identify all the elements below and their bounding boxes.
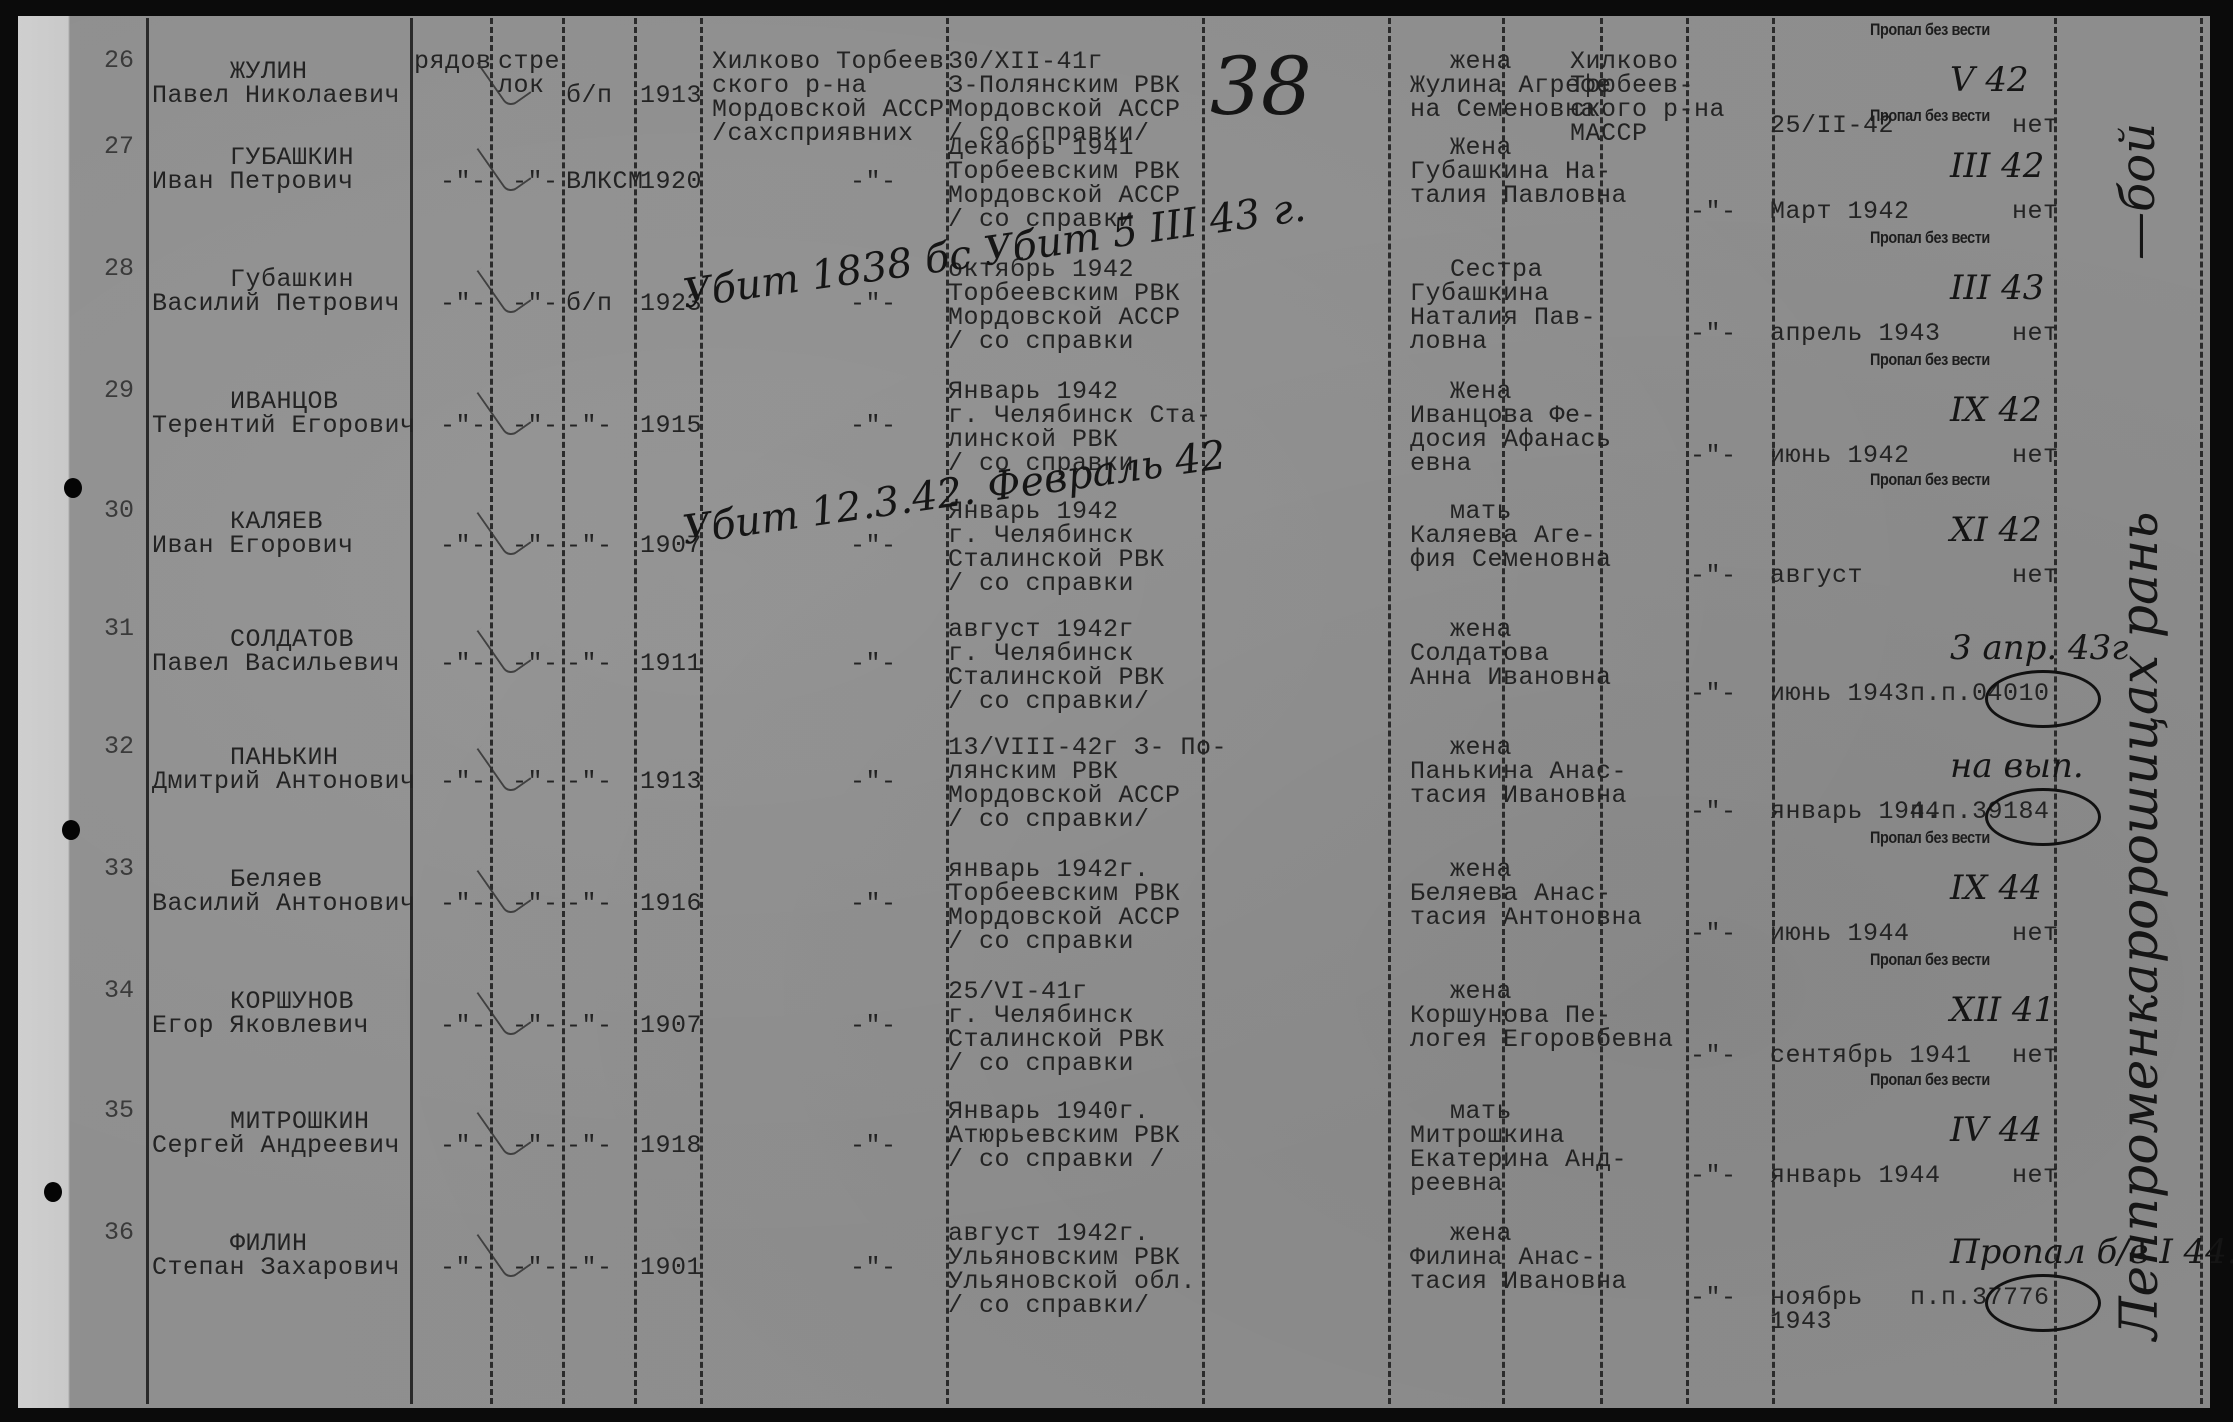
given-name: Василий Антонович: [152, 892, 416, 916]
relative-name: Филина Анас- тасия Ивановна: [1410, 1246, 1627, 1294]
conscription-info: 13/VIII-42г З- По- лянским РВК Мордовско…: [948, 736, 1227, 832]
status-stamp: Пропал без вести: [1870, 106, 1990, 126]
given-name: Сергей Андреевич: [152, 1134, 400, 1158]
birth-year: 1907: [640, 1014, 702, 1038]
punch-hole: [64, 478, 82, 498]
given-name: Степан Захарович: [152, 1256, 400, 1280]
status-handwritten: IX 42: [1950, 390, 2042, 430]
rank: -"-: [440, 652, 487, 676]
given-name: Терентий Егорович: [152, 414, 416, 438]
status-handwritten: на вып.: [1950, 746, 2084, 786]
rank: -"-: [440, 770, 487, 794]
rank: -"-: [440, 1014, 487, 1038]
row-number: 34: [104, 976, 134, 1005]
column-rule: [490, 18, 493, 1404]
relative-name: Губашкина На- талия Павловна: [1410, 160, 1627, 208]
birthplace: -"-: [850, 770, 897, 794]
birthplace: Хилково Торбеев ского р-на Мордовской АС…: [712, 50, 945, 146]
row-number: 35: [104, 1096, 134, 1125]
relative-address: -"-: [1690, 444, 1737, 468]
birth-year: 1915: [640, 414, 702, 438]
party: -"-: [566, 414, 613, 438]
punch-hole: [44, 1182, 62, 1202]
relative-address: -"-: [1690, 922, 1737, 946]
loss-date: январь 1944: [1770, 1164, 1941, 1188]
party: -"-: [566, 1014, 613, 1038]
relative-name: Губашкина Наталия Пав- ловна: [1410, 282, 1596, 354]
relative-address: -"-: [1690, 800, 1737, 824]
party: -"-: [566, 770, 613, 794]
birthplace: -"-: [850, 534, 897, 558]
given-name: Василий Петрович: [152, 292, 400, 316]
info-status: нет: [2012, 1164, 2059, 1188]
birth-year: 1918: [640, 1134, 702, 1158]
column-rule: [146, 18, 149, 1404]
birthplace: -"-: [850, 1014, 897, 1038]
rank: -"-: [440, 534, 487, 558]
relative-name: Митрошкина Екатерина Анд- реевна: [1410, 1124, 1627, 1196]
row-number: 28: [104, 254, 134, 283]
party: ВЛКСМ: [566, 170, 644, 194]
loss-date: июнь 1944: [1770, 922, 1910, 946]
relative-address: -"-: [1690, 1286, 1737, 1310]
status-stamp: Пропал без вести: [1870, 950, 1990, 970]
loss-date: август: [1770, 564, 1863, 588]
party: -"-: [566, 1256, 613, 1280]
info-status: нет: [2012, 922, 2059, 946]
field-post-circle: [1985, 788, 2101, 846]
column-rule: [1686, 18, 1689, 1404]
party: -"-: [566, 652, 613, 676]
field-post-circle: [1985, 1274, 2101, 1332]
party: -"-: [566, 892, 613, 916]
status-handwritten: III 43: [1950, 268, 2044, 308]
conscription-info: Январь 1942 г. Челябинск Сталинской РВК …: [948, 500, 1165, 596]
relative-name: Коршунова Пе- логея Егоровбевна: [1410, 1004, 1674, 1052]
loss-date: Март 1942: [1770, 200, 1910, 224]
row-number: 32: [104, 732, 134, 761]
birthplace: -"-: [850, 414, 897, 438]
row-number: 33: [104, 854, 134, 883]
info-status: нет: [2012, 564, 2059, 588]
status-handwritten: XI 42: [1950, 510, 2042, 550]
birthplace: -"-: [850, 652, 897, 676]
field-post-circle: [1985, 670, 2101, 728]
birthplace: -"-: [850, 892, 897, 916]
status-stamp: Пропал без вести: [1870, 350, 1990, 370]
scanned-document: 38 Ленпроменкаророшицах рань —бой 26ЖУЛИ…: [0, 0, 2233, 1422]
conscription-info: январь 1942г. Торбеевским РВК Мордовской…: [948, 858, 1181, 954]
given-name: Иван Петрович: [152, 170, 354, 194]
loss-date: июнь 1943: [1770, 682, 1910, 706]
birthplace: -"-: [850, 1134, 897, 1158]
relative-address: -"-: [1690, 200, 1737, 224]
status-stamp: Пропал без вести: [1870, 228, 1990, 248]
info-status: нет: [2012, 322, 2059, 346]
conscription-info: 25/VI-41г г. Челябинск Сталинской РВК / …: [948, 980, 1165, 1076]
column-rule: [2200, 18, 2203, 1404]
column-rule: [634, 18, 637, 1404]
relative-address: -"-: [1690, 1164, 1737, 1188]
given-name: Павел Николаевич: [152, 84, 400, 108]
party: -"-: [566, 534, 613, 558]
party: б/п: [566, 292, 613, 316]
status-stamp: Пропал без вести: [1870, 1070, 1990, 1090]
loss-date: апрель 1943: [1770, 322, 1941, 346]
birth-year: 1911: [640, 652, 702, 676]
status-handwritten: IV 44: [1950, 1110, 2042, 1150]
relative-address: -"-: [1690, 564, 1737, 588]
loss-date: июнь 1942: [1770, 444, 1910, 468]
birthplace: -"-: [850, 170, 897, 194]
given-name: Павел Васильевич: [152, 652, 400, 676]
margin-note-bracket: —бой: [2110, 123, 2166, 260]
relative-address: -"-: [1690, 322, 1737, 346]
birth-year: 1913: [640, 84, 702, 108]
rank: -"-: [440, 1134, 487, 1158]
conscription-info: август 1942г. Ульяновским РВК Ульяновско…: [948, 1222, 1196, 1318]
birth-year: 1916: [640, 892, 702, 916]
column-rule: [1388, 18, 1391, 1404]
conscription-info: август 1942г г. Челябинск Сталинской РВК…: [948, 618, 1165, 714]
relative-address: -"-: [1690, 1044, 1737, 1068]
column-rule: [562, 18, 565, 1404]
status-stamp: Пропал без вести: [1870, 828, 1990, 848]
row-number: 27: [104, 132, 134, 161]
relative-name: Панькина Анас- тасия Ивановна: [1410, 760, 1627, 808]
info-status: нет: [2012, 1044, 2059, 1068]
column-rule: [410, 18, 413, 1404]
rank: -"-: [440, 892, 487, 916]
relative-name: Каляева Аге- фия Семеновна: [1410, 524, 1612, 572]
row-number: 26: [104, 46, 134, 75]
status-stamp: Пропал без вести: [1870, 470, 1990, 490]
given-name: Егор Яковлевич: [152, 1014, 369, 1038]
conscription-info: 30/XII-41г З-Полянским РВК Мордовской АС…: [948, 50, 1181, 146]
info-status: нет: [2012, 444, 2059, 468]
party: б/п: [566, 84, 613, 108]
sheet-number-handwritten: 38: [1210, 40, 1312, 133]
loss-date: ноябрь 1943: [1770, 1286, 1863, 1334]
row-number: 36: [104, 1218, 134, 1247]
rank: -"-: [440, 292, 487, 316]
column-rule: [1600, 18, 1603, 1404]
given-name: Дмитрий Антонович: [152, 770, 416, 794]
conscription-info: Январь 1940г. Атюрьевским РВК / со справ…: [948, 1100, 1181, 1172]
rank: -"-: [440, 170, 487, 194]
relative-name: Солдатова Анна Ивановна: [1410, 642, 1612, 690]
punch-hole: [62, 820, 80, 840]
row-number: 29: [104, 376, 134, 405]
relative-name: Иванцова Фе- досия Афанась евна: [1410, 404, 1612, 476]
birth-year: 1913: [640, 770, 702, 794]
info-status: нет: [2012, 200, 2059, 224]
row-number: 30: [104, 496, 134, 525]
birth-year: 1920: [640, 170, 702, 194]
status-handwritten: Пропал б/в I 44.: [1950, 1232, 2233, 1272]
rank: -"-: [440, 414, 487, 438]
status-stamp: Пропал без вести: [1870, 20, 1990, 40]
column-rule: [700, 18, 703, 1404]
status-handwritten: III 42: [1950, 146, 2044, 186]
status-handwritten: V 42: [1950, 60, 2029, 100]
given-name: Иван Егорович: [152, 534, 354, 558]
info-status: нет: [2012, 114, 2059, 138]
status-handwritten: IX 44: [1950, 868, 2042, 908]
status-handwritten: 3 апр. 43г: [1950, 628, 2128, 668]
loss-date: сентябрь 1941: [1770, 1044, 1972, 1068]
relative-address: -"-: [1690, 682, 1737, 706]
relative-address: Хилково Торбеев- ского р-на МАССР: [1570, 50, 1725, 146]
birthplace: -"-: [850, 292, 897, 316]
row-number: 31: [104, 614, 134, 643]
party: -"-: [566, 1134, 613, 1158]
status-handwritten: XII 41: [1950, 990, 2055, 1030]
birthplace: -"-: [850, 1256, 897, 1280]
rank: -"-: [440, 1256, 487, 1280]
relative-name: Беляева Анас- тасия Антоновна: [1410, 882, 1643, 930]
birth-year: 1901: [640, 1256, 702, 1280]
